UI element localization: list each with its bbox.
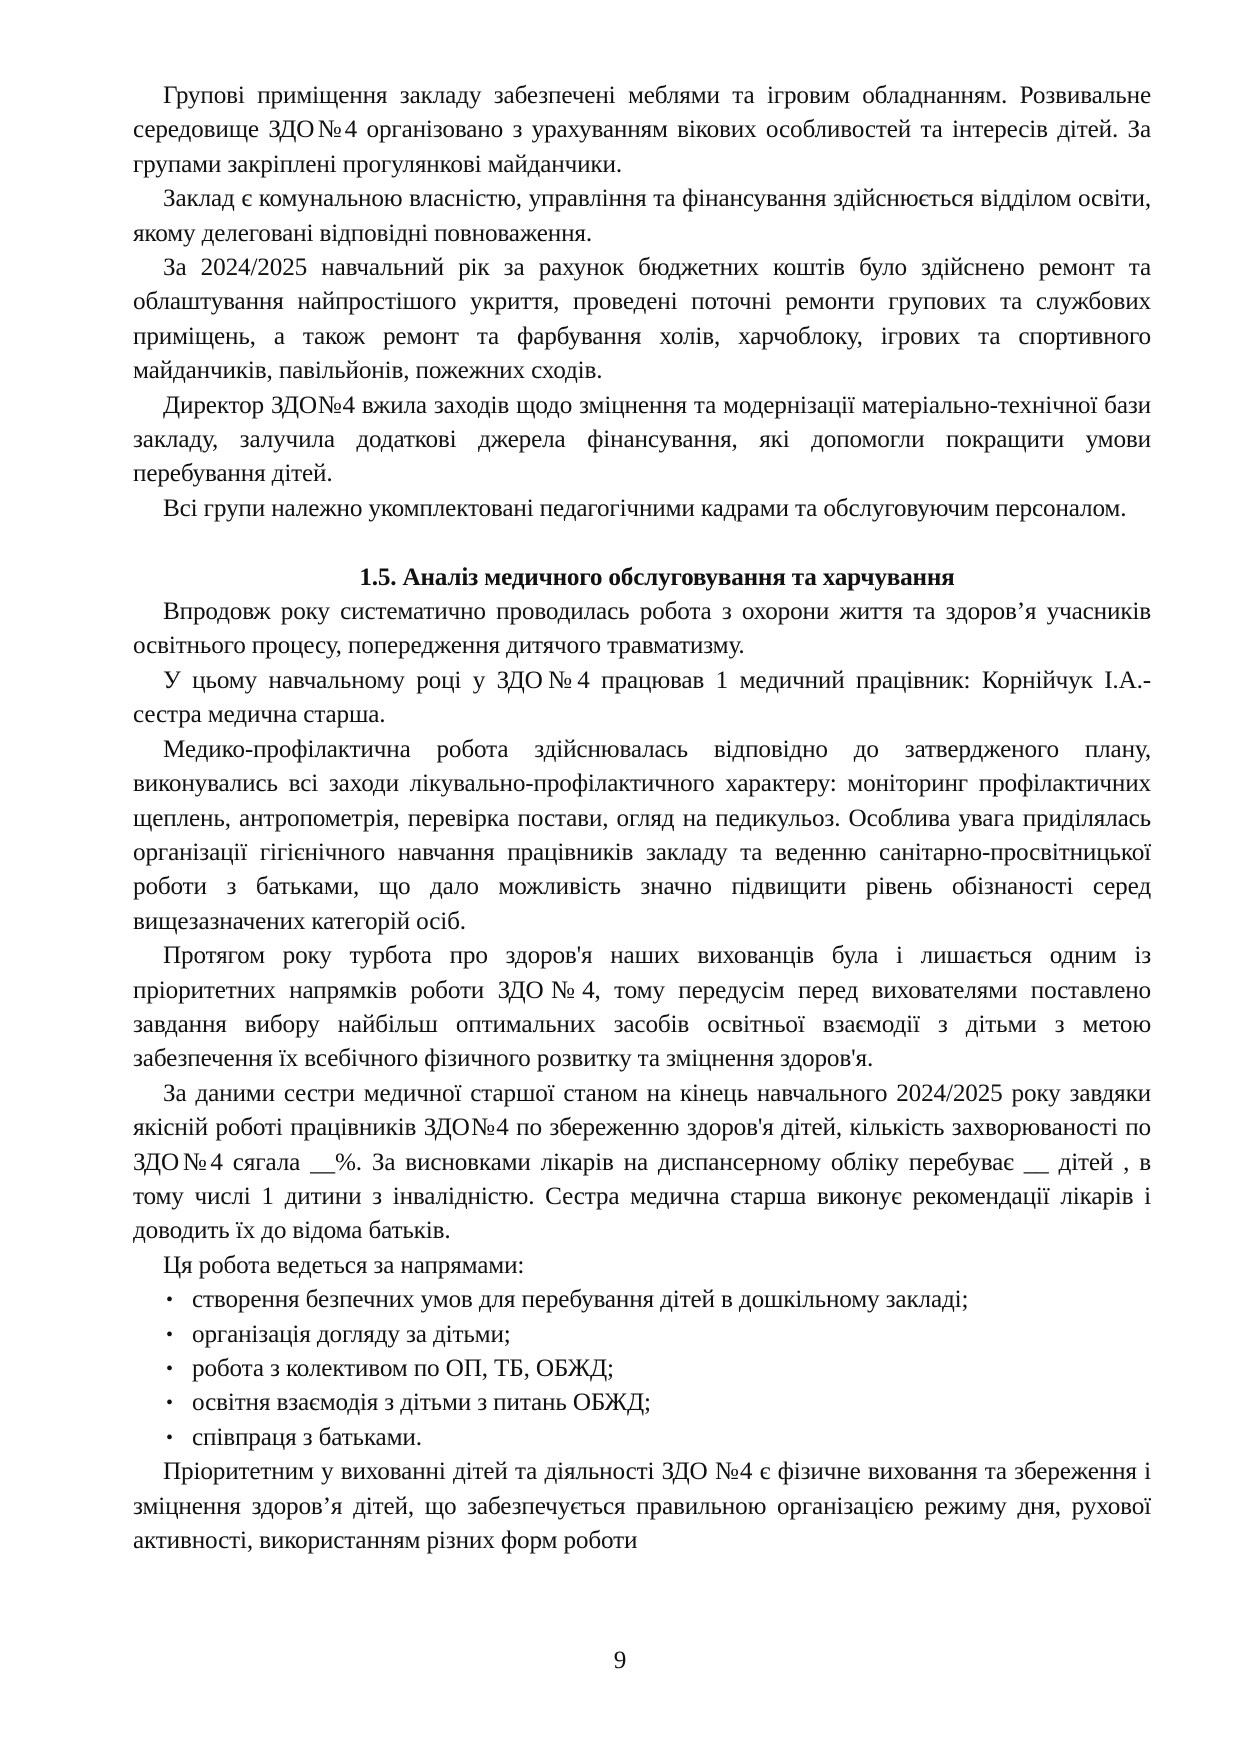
paragraph-health-care: Протягом року турбота про здоров'я наших…	[133, 939, 1151, 1077]
bullet-icon: •	[166, 1421, 173, 1455]
paragraph-director: Директор ЗДО№4 вжила заходів щодо зміцне…	[133, 389, 1151, 492]
list-item: • робота з колективом по ОП, ТБ, ОБЖД;	[133, 1352, 1151, 1386]
paragraph-repairs: За 2024/2025 навчальний рік за рахунок б…	[133, 251, 1151, 389]
paragraph-medical-staff: У цьому навчальному році у ЗДО№4 працюва…	[133, 664, 1151, 733]
page-number: 9	[0, 1644, 1240, 1678]
paragraph-prevention: Медико-профілактична робота здійснювалас…	[133, 733, 1151, 939]
paragraph-morbidity: За даними сестри медичної старшої станом…	[133, 1077, 1151, 1249]
list-item-text: робота з колективом по ОП, ТБ, ОБЖД;	[192, 1355, 614, 1382]
document-page: Групові приміщення закладу забезпечені м…	[133, 79, 1151, 1558]
list-item-text: створення безпечних умов для перебування…	[192, 1286, 968, 1313]
directions-list: • створення безпечних умов для перебуван…	[133, 1283, 1151, 1455]
bullet-icon: •	[166, 1386, 173, 1420]
section-heading: 1.5. Аналіз медичного обслуговування та …	[133, 561, 1151, 595]
blank-line	[133, 526, 1151, 560]
paragraph-ownership: Заклад є комунальною власністю, управлін…	[133, 182, 1151, 251]
bullet-icon: •	[166, 1283, 173, 1317]
list-item: • створення безпечних умов для перебуван…	[133, 1283, 1151, 1317]
bullet-icon: •	[166, 1318, 173, 1352]
paragraph-priority: Пріоритетним у вихованні дітей та діяльн…	[133, 1455, 1151, 1558]
list-item: • організація догляду за дітьми;	[133, 1318, 1151, 1352]
list-item-text: співпраця з батьками.	[192, 1424, 422, 1451]
list-item-text: освітня взаємодія з дітьми з питань ОБЖД…	[192, 1389, 651, 1416]
paragraph-furniture: Групові приміщення закладу забезпечені м…	[133, 79, 1151, 182]
list-item: • освітня взаємодія з дітьми з питань ОБ…	[133, 1386, 1151, 1420]
paragraph-safety: Впродовж року систематично проводилась р…	[133, 595, 1151, 664]
list-item-text: організація догляду за дітьми;	[192, 1321, 511, 1348]
bullet-icon: •	[166, 1352, 173, 1386]
list-item: • співпраця з батьками.	[133, 1421, 1151, 1455]
paragraph-staffing: Всі групи належно укомплектовані педагог…	[133, 492, 1151, 526]
paragraph-directions-intro: Ця робота ведеться за напрямами:	[133, 1249, 1151, 1283]
